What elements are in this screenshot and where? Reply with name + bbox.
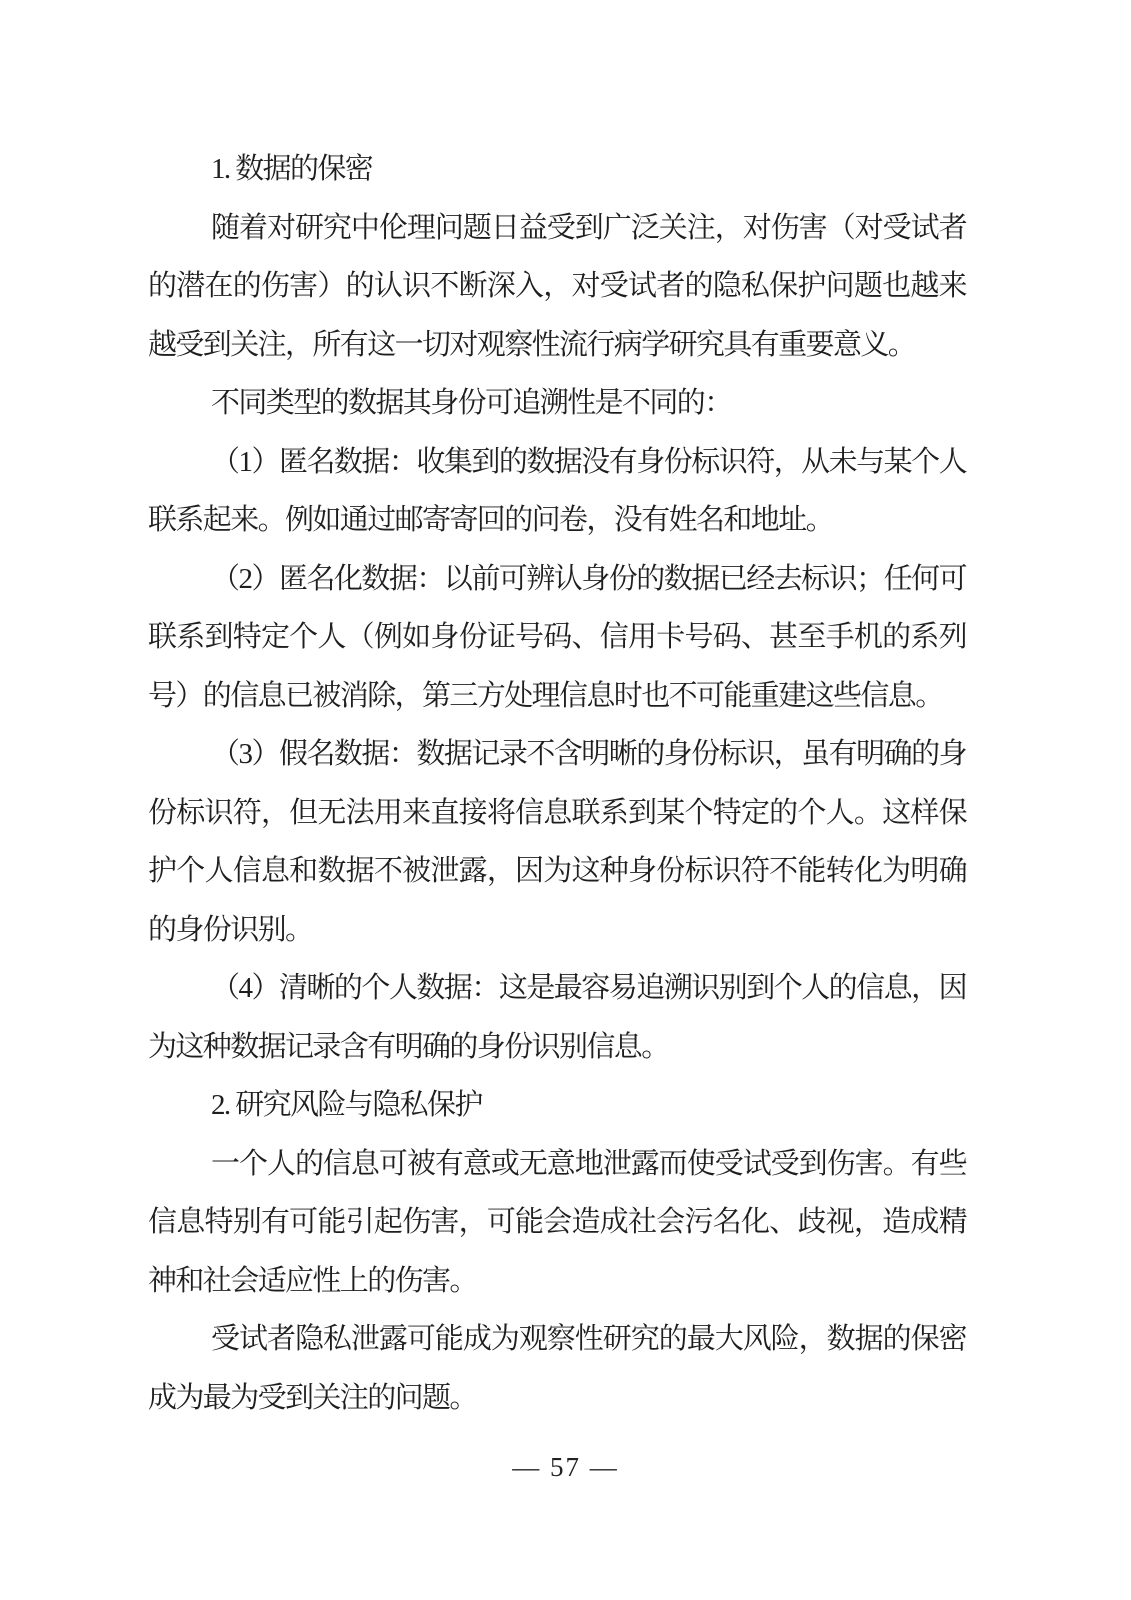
para-item-anonymous-data: （1）匿名数据：收集到的数据没有身份标识符，从未与某个人联系起来。例如通过邮寄寄… <box>148 433 966 550</box>
heading-data-confidentiality: 1. 数据的保密 <box>148 140 966 199</box>
para-privacy-biggest-risk: 受试者隐私泄露可能成为观察性研究的最大风险，数据的保密成为最为受到关注的问题。 <box>148 1310 966 1427</box>
para-info-disclosure-harm: 一个人的信息可被有意或无意地泄露而使受试受到伤害。有些信息特别有可能引起伤害，可… <box>148 1135 966 1311</box>
document-body: 1. 数据的保密 随着对研究中伦理问题日益受到广泛关注，对伤害（对受试者的潜在的… <box>148 140 966 1427</box>
para-item-explicit-personal-data: （4）清晰的个人数据：这是最容易追溯识别到个人的信息，因为这种数据记录含有明确的… <box>148 959 966 1076</box>
heading-research-risk-privacy: 2. 研究风险与隐私保护 <box>148 1076 966 1135</box>
para-ethics-attention: 随着对研究中伦理问题日益受到广泛关注，对伤害（对受试者的潜在的伤害）的认识不断深… <box>148 199 966 375</box>
page-number: — 57 — <box>0 1452 1131 1483</box>
para-item-pseudonymous-data: （3）假名数据：数据记录不含明晰的身份标识，虽有明确的身份标识符，但无法用来直接… <box>148 725 966 959</box>
para-traceability-intro: 不同类型的数据其身份可追溯性是不同的： <box>148 374 966 433</box>
document-page: 1. 数据的保密 随着对研究中伦理问题日益受到广泛关注，对伤害（对受试者的潜在的… <box>0 0 1131 1600</box>
para-item-anonymized-data: （2）匿名化数据：以前可辨认身份的数据已经去标识；任何可联系到特定个人（例如身份… <box>148 550 966 726</box>
